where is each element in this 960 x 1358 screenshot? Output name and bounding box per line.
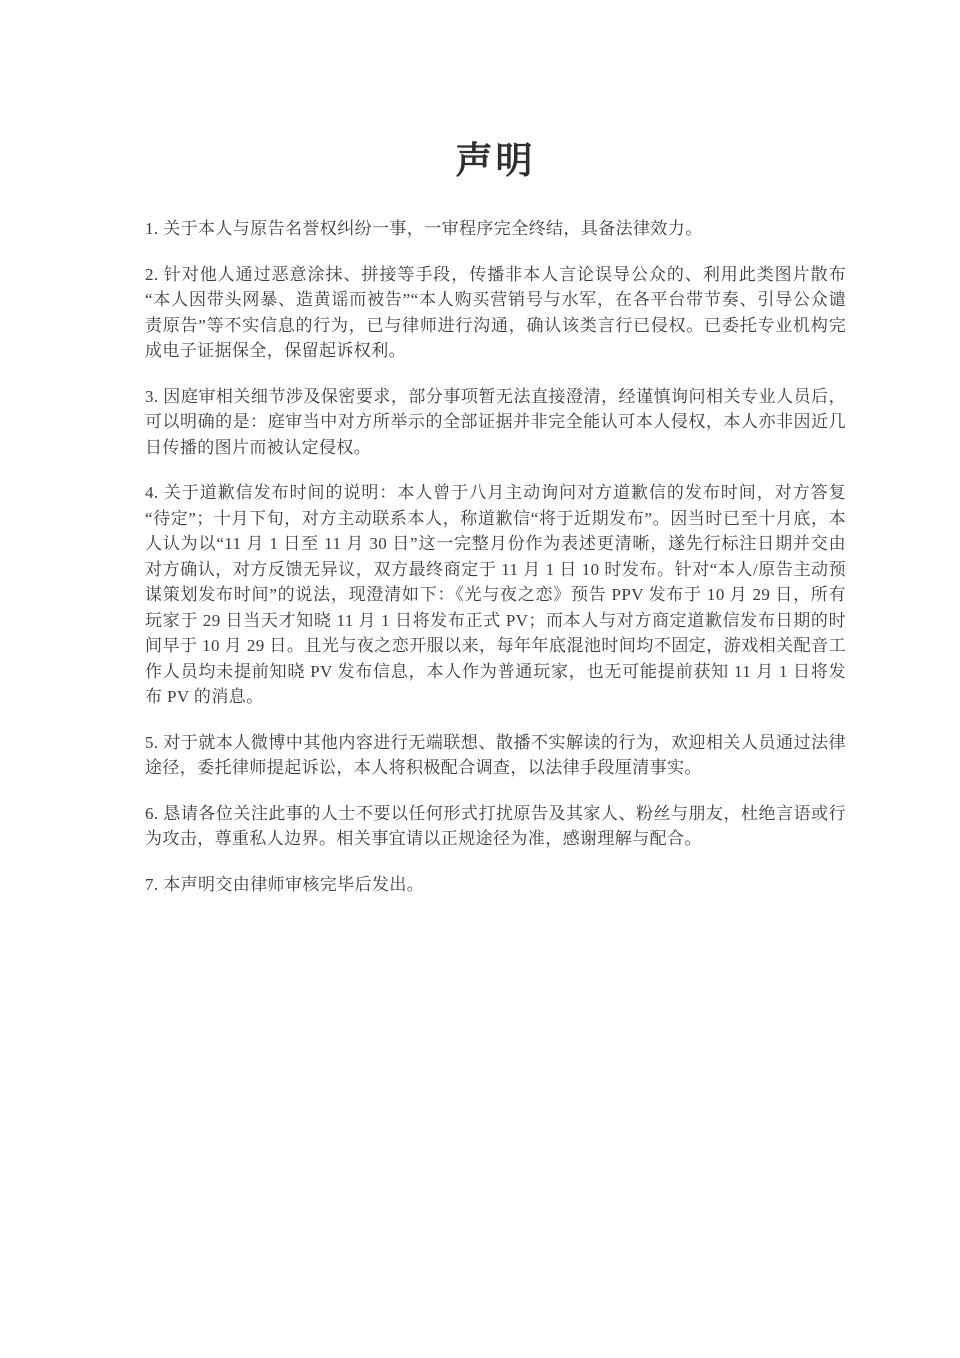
statement-paragraph-1: 1. 关于本人与原告名誉权纠纷一事，一审程序完全终结，具备法律效力。 bbox=[145, 216, 846, 242]
statement-paragraph-6: 6. 恳请各位关注此事的人士不要以任何形式打扰原告及其家人、粉丝与朋友，杜绝言语… bbox=[145, 801, 846, 852]
statement-paragraph-2: 2. 针对他人通过恶意涂抹、拼接等手段，传播非本人言论误导公众的、利用此类图片散… bbox=[145, 262, 846, 364]
statement-paragraph-3: 3. 因庭审相关细节涉及保密要求，部分事项暂无法直接澄清，经谨慎询问相关专业人员… bbox=[145, 384, 846, 461]
statement-paragraph-4: 4. 关于道歉信发布时间的说明：本人曾于八月主动询问对方道歉信的发布时间，对方答… bbox=[145, 480, 846, 710]
statement-document-page: 声明 1. 关于本人与原告名誉权纠纷一事，一审程序完全终结，具备法律效力。 2.… bbox=[0, 0, 960, 1358]
statement-paragraph-7: 7. 本声明交由律师审核完毕后发出。 bbox=[145, 872, 846, 898]
statement-paragraph-5: 5. 对于就本人微博中其他内容进行无端联想、散播不实解读的行为，欢迎相关人员通过… bbox=[145, 730, 846, 781]
document-title: 声明 bbox=[145, 138, 846, 186]
